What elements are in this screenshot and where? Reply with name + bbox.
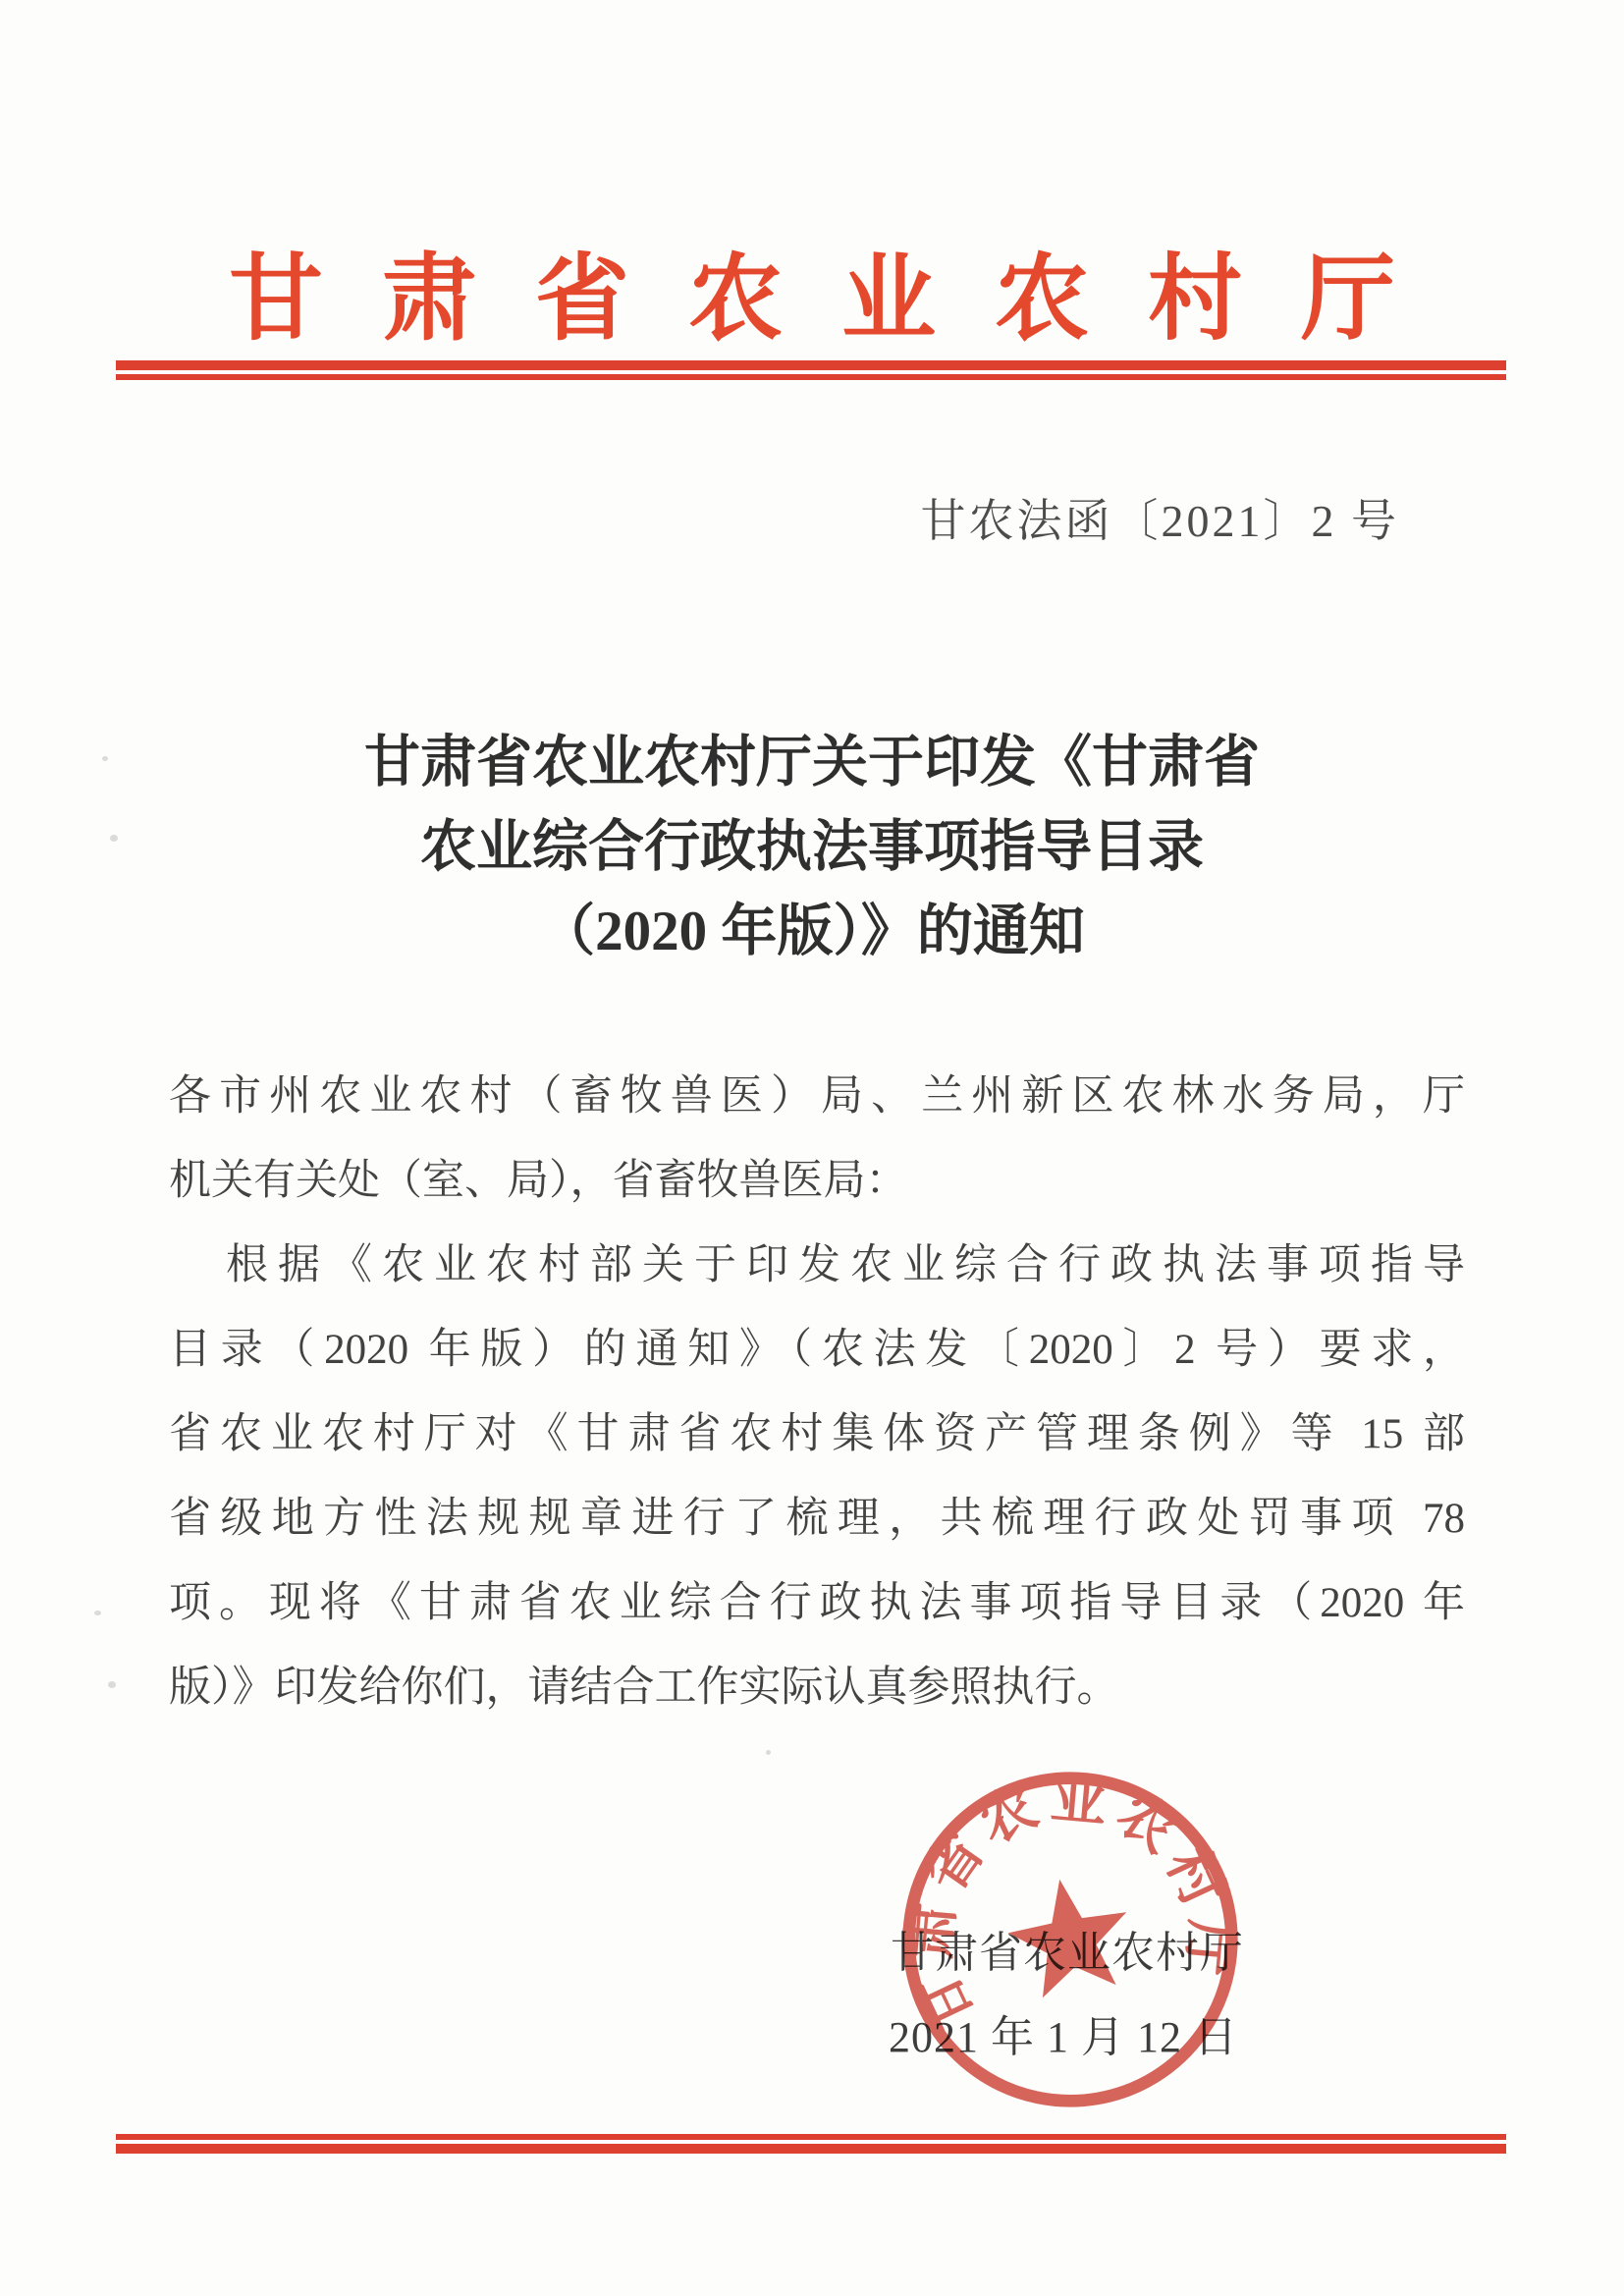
- title-line-1: 甘肃省农业农村厅关于印发《甘肃省: [0, 721, 1624, 805]
- document-title: 甘肃省农业农村厅关于印发《甘肃省 农业综合行政执法事项指导目录 （2020 年版…: [0, 721, 1624, 974]
- recipients-line-1: 各市州农业农村（畜牧兽医）局、兰州新区农林水务局，厅: [169, 1055, 1465, 1139]
- divider-thick-line: [116, 360, 1506, 370]
- footer-divider: [116, 2134, 1506, 2154]
- divider-thin-line: [116, 374, 1506, 380]
- seal-arc-text: 甘肃省农业农村厅: [871, 1740, 1252, 2043]
- document-number: 甘农法函〔2021〕2 号: [921, 485, 1400, 550]
- document-page: 甘肃省农业农村厅 甘农法函〔2021〕2 号 甘肃省农业农村厅关于印发《甘肃省 …: [0, 0, 1624, 2296]
- scan-speck: [94, 1611, 101, 1615]
- divider-thick-line: [116, 2144, 1506, 2154]
- body-line-5: 项。现将《甘肃省农业综合行政执法事项指导目录（2020 年: [169, 1561, 1465, 1646]
- title-line-2: 农业综合行政执法事项指导目录: [0, 805, 1624, 890]
- scan-speck: [766, 1750, 771, 1755]
- recipients-line-2: 机关有关处（室、局），省畜牧兽医局：: [169, 1139, 1465, 1224]
- signature-date: 2021 年 1 月 12 日: [889, 2001, 1238, 2064]
- document-body: 各市州农业农村（畜牧兽医）局、兰州新区农林水务局，厅 机关有关处（室、局），省畜…: [169, 1055, 1465, 1730]
- scan-speck: [110, 835, 118, 842]
- body-line-4: 省级地方性法规规章进行了梳理，共梳理行政处罚事项 78: [169, 1477, 1465, 1561]
- body-line-3: 省农业农村厅对《甘肃省农村集体资产管理条例》等 15 部: [169, 1393, 1465, 1477]
- body-line-6: 版）》印发给你们，请结合工作实际认真参照执行。: [169, 1646, 1465, 1730]
- letterhead-divider: [116, 360, 1506, 380]
- letterhead-title: 甘肃省农业农村厅: [0, 224, 1624, 358]
- scan-speck: [102, 756, 108, 761]
- body-line-1: 根据《农业农村部关于印发农业综合行政执法事项指导: [169, 1224, 1465, 1308]
- title-line-3: （2020 年版）》的通知: [0, 890, 1624, 974]
- body-line-2: 目录（2020 年版）的通知》（农法发〔2020〕2 号）要求，: [169, 1308, 1465, 1393]
- signature-agency: 甘肃省农业农村厅: [891, 1917, 1244, 1980]
- scan-speck: [108, 1681, 116, 1688]
- svg-text:甘肃省农业农村厅: 甘肃省农业农村厅: [871, 1740, 1252, 2043]
